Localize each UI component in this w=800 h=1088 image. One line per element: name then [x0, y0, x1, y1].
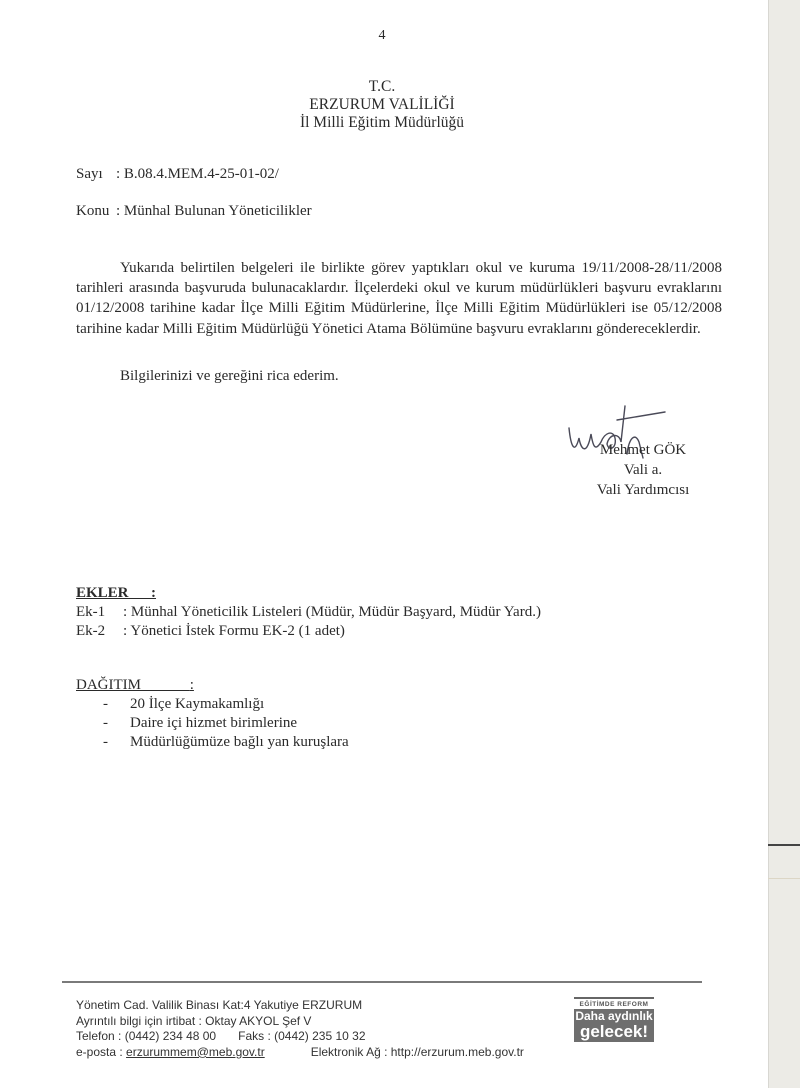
signatory-name: Mehmet GÖK [548, 440, 738, 460]
education-reform-logo: EĞİTİMDE REFORM Daha aydınlık gelecek! [574, 997, 654, 1042]
distribution-heading: DAĞITIM : [76, 677, 194, 694]
scanner-edge-mark [768, 844, 800, 846]
attachments-title: EKLER : [76, 585, 156, 601]
logo-slogan-line-2: gelecek! [574, 1023, 654, 1040]
footer-address: Yönetim Cad. Valilik Binası Kat:4 Yakuti… [76, 998, 524, 1014]
footer-phone: Telefon : (0442) 234 48 00 [76, 1029, 216, 1043]
footer-contact-person: Ayrıntılı bilgi için irtibat : Oktay AKY… [76, 1014, 524, 1030]
footer-contact-block: Yönetim Cad. Valilik Binası Kat:4 Yakuti… [76, 998, 524, 1060]
distribution-item: -Daire içi hizmet birimlerine [103, 715, 297, 732]
reference-number-value: : B.08.4.MEM.4-25-01-02/ [116, 166, 279, 182]
page-number: 4 [0, 28, 764, 44]
attachments-heading: EKLER : [76, 585, 156, 602]
footer-website: Elektronik Ağ : http://erzurum.meb.gov.t… [311, 1045, 524, 1059]
logo-title: EĞİTİMDE REFORM [574, 1001, 654, 1008]
distribution-item: -20 İlçe Kaymakamlığı [103, 696, 264, 713]
signatory-title-1: Vali a. [548, 460, 738, 480]
scanner-edge-strip [768, 0, 800, 1088]
footer-email-label: e-posta : [76, 1045, 123, 1059]
body-paragraph-container: Yukarıda belirtilen belgeleri ile birlik… [76, 258, 722, 339]
closing-line: Bilgilerinizi ve gereğini rica ederim. [120, 368, 339, 385]
signatory-title-2: Vali Yardımcısı [548, 480, 738, 500]
distribution-title: DAĞITIM : [76, 677, 194, 693]
footer-email-web: e-posta : erzurummem@meb.gov.trElektroni… [76, 1045, 524, 1061]
footer-email-link[interactable]: erzurummem@meb.gov.tr [126, 1045, 265, 1059]
footer-phone-fax: Telefon : (0442) 234 48 00Faks : (0442) … [76, 1029, 524, 1045]
reference-number-label: Sayı [76, 166, 116, 183]
body-paragraph: Yukarıda belirtilen belgeleri ile birlik… [76, 258, 722, 339]
subject-label: Konu [76, 203, 116, 220]
attachment-item: Ek-1: Münhal Yöneticilik Listeleri (Müdü… [76, 604, 541, 621]
signature-block: Mehmet GÖK Vali a. Vali Yardımcısı [548, 440, 738, 500]
subject-row: Konu: Münhal Bulunan Yöneticilikler [76, 203, 312, 220]
footer-divider [62, 981, 702, 983]
letterhead-line-governorship: ERZURUM VALİLİĞİ [0, 96, 764, 114]
subject-value: : Münhal Bulunan Yöneticilikler [116, 203, 312, 219]
letterhead-line-tc: T.C. [0, 78, 764, 96]
distribution-item: -Müdürlüğümüze bağlı yan kuruşlara [103, 734, 349, 751]
footer-fax: Faks : (0442) 235 10 32 [238, 1029, 365, 1043]
letterhead-line-directorate: İl Milli Eğitim Müdürlüğü [0, 114, 764, 132]
logo-top-bar [574, 997, 654, 999]
logo-slogan-box: Daha aydınlık gelecek! [574, 1009, 654, 1042]
letterhead: T.C. ERZURUM VALİLİĞİ İl Milli Eğitim Mü… [0, 78, 764, 132]
scanner-edge-mark-light [768, 878, 800, 879]
reference-number-row: Sayı: B.08.4.MEM.4-25-01-02/ [76, 166, 279, 183]
attachment-item: Ek-2: Yönetici İstek Formu EK-2 (1 adet) [76, 623, 345, 640]
